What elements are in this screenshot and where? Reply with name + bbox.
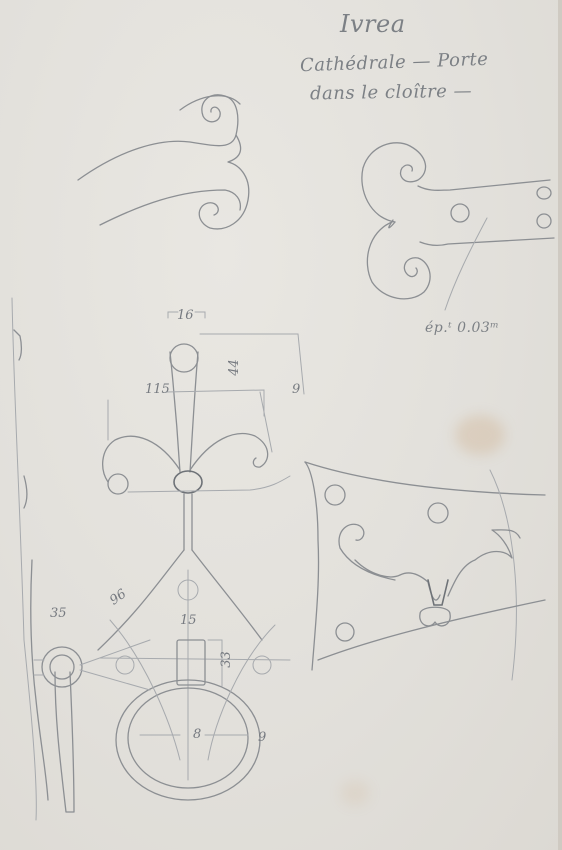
dimension-label-35: 35 [50, 606, 67, 621]
dimension-label-9-ring: 9 [258, 730, 266, 745]
frame-edge [558, 0, 562, 850]
scroll-hinge-end-left [78, 95, 249, 229]
thickness-note: ép.ᵗ 0.03ᵐ [425, 320, 499, 336]
dimension-label-44: 44 [227, 359, 242, 376]
scroll-hinge-strap-right [362, 143, 554, 310]
leaf-escutcheon-plate [305, 462, 545, 680]
pencil-drawing [0, 0, 562, 850]
dimension-label-15: 15 [180, 613, 197, 628]
sketch-sheet: Ivrea Cathédrale — Porte dans le cloître… [0, 0, 562, 850]
dimension-label-115: 115 [145, 382, 170, 397]
dimension-label-9-right: 9 [292, 382, 300, 397]
inscription-line-3: dans le cloître — [310, 81, 472, 105]
inscription-title: Ivrea [340, 10, 406, 38]
dimension-label-16: 16 [177, 308, 194, 323]
dimension-label-8: 8 [193, 727, 201, 742]
side-elevation [12, 298, 150, 820]
dimension-label-33: 33 [219, 651, 234, 668]
